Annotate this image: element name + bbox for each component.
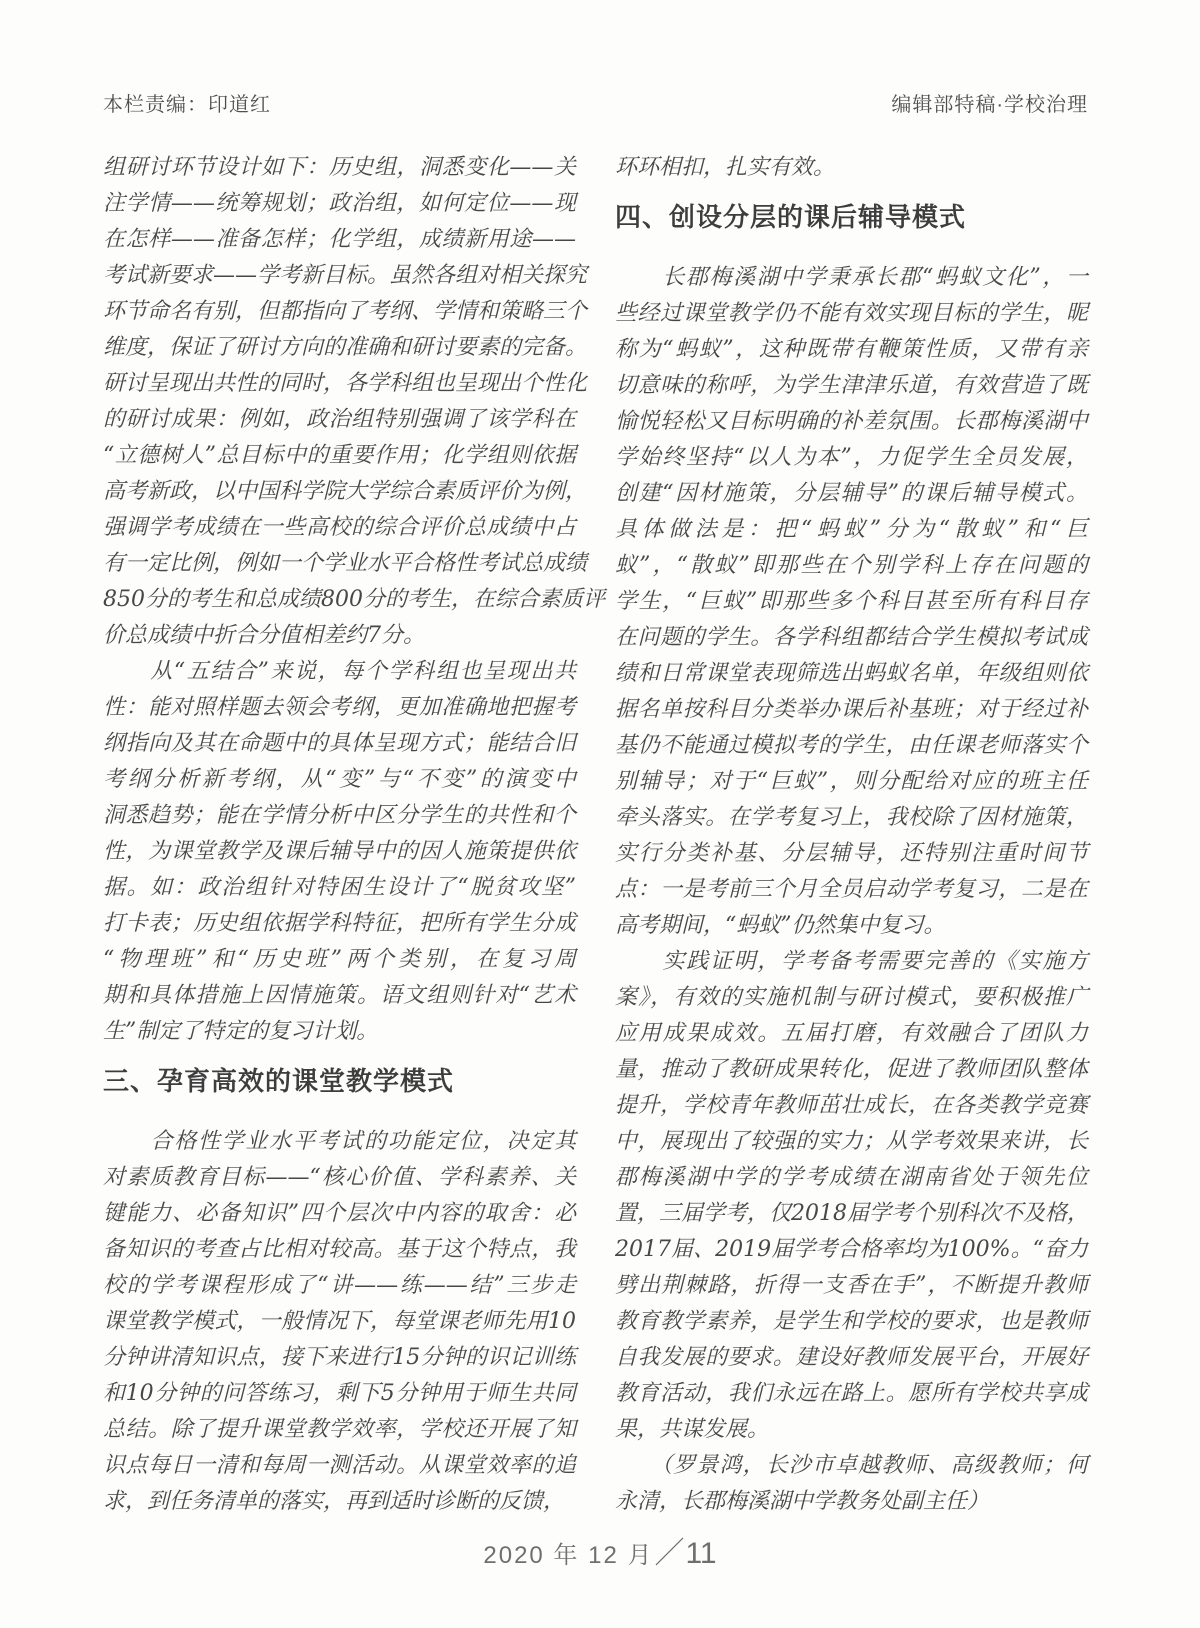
text-line: 性：能对照样题去领会考纲，更加准确地把握考 xyxy=(103,690,576,726)
text-line: 高考新政，以中国科学院大学综合素质评价为例， xyxy=(103,474,576,510)
text-line: 学生，“巨蚁”即那些多个科目甚至所有科目存 xyxy=(615,584,1088,620)
text-line: 850分的考生和总成绩800分的考生，在综合素质评 xyxy=(103,582,576,618)
text-line: 考纲分析新考纲，从“变”与“不变”的演变中 xyxy=(103,762,576,798)
text-line: 洞悉趋势；能在学情分析中区分学生的共性和个 xyxy=(103,798,576,834)
section-category-label: 编辑部特稿·学校治理 xyxy=(891,88,1088,117)
text-line: 从“五结合”来说，每个学科组也呈现出共 xyxy=(103,654,576,690)
text-line: 教育教学素养，是学生和学校的要求，也是教师 xyxy=(615,1304,1088,1340)
text-line: 应用成果成效。五届打磨，有效融合了团队力 xyxy=(615,1016,1088,1052)
text-line: 切意味的称呼，为学生津津乐道，有效营造了既 xyxy=(615,368,1088,404)
text-line: 创建“因材施策，分层辅导”的课后辅导模式。 xyxy=(615,476,1088,512)
text-line: 环环相扣，扎实有效。 xyxy=(615,150,1088,186)
text-line: 备知识的考查占比相对较高。基于这个特点，我 xyxy=(103,1232,576,1268)
column-editor-label: 本栏责编：印道红 xyxy=(103,88,271,117)
text-line: 研讨呈现出共性的同时，各学科组也呈现出个性化 xyxy=(103,366,576,402)
text-line: 称为“蚂蚁”，这种既带有鞭策性质，又带有亲 xyxy=(615,332,1088,368)
text-line: 绩和日常课堂表现筛选出蚂蚁名单，年级组则依 xyxy=(615,656,1088,692)
text-line: 基仍不能通过模拟考的学生，由任课老师落实个 xyxy=(615,728,1088,764)
paragraph: （罗景鸿，长沙市卓越教师、高级教师；何永清，长郡梅溪湖中学教务处副主任） xyxy=(615,1448,1088,1520)
text-line: 具体做法是：把“蚂蚁”分为“散蚁”和“巨 xyxy=(615,512,1088,548)
text-line: 据。如：政治组针对特困生设计了“脱贫攻坚” xyxy=(103,870,576,906)
text-line: 生”制定了特定的复习计划。 xyxy=(103,1014,576,1050)
footer-slash: ／ xyxy=(654,1537,684,1570)
text-line: 别辅导；对于“巨蚁”，则分配给对应的班主任 xyxy=(615,764,1088,800)
text-line: 求，到任务清单的落实，再到适时诊断的反馈， xyxy=(103,1484,576,1520)
text-line: 在怎样——准备怎样；化学组，成绩新用途—— xyxy=(103,222,576,258)
text-line: 价总成绩中折合分值相差约7分。 xyxy=(103,618,576,654)
text-line: （罗景鸿，长沙市卓越教师、高级教师；何 xyxy=(615,1448,1088,1484)
text-line: 高考期间，“蚂蚁”仍然集中复习。 xyxy=(615,908,1088,944)
text-line: 2017届、2019届学考合格率均为100%。“奋力 xyxy=(615,1232,1088,1268)
text-line: 提升，学校青年教师茁壮成长，在各类教学竞赛 xyxy=(615,1088,1088,1124)
text-line: 期和具体措施上因情施策。语文组则针对“艺术 xyxy=(103,978,576,1014)
text-line: 在问题的学生。各学科组都结合学生模拟考试成 xyxy=(615,620,1088,656)
text-line: “立德树人”总目标中的重要作用；化学组则依据 xyxy=(103,438,576,474)
footer-page-number: 11 xyxy=(685,1537,716,1570)
page-footer: 2020 年 12 月／11 xyxy=(0,1528,1200,1572)
page-header: 本栏责编：印道红 编辑部特稿·学校治理 xyxy=(103,88,1088,117)
text-line: 中，展现出了较强的实力；从学考效果来讲，长 xyxy=(615,1124,1088,1160)
paragraph: 从“五结合”来说，每个学科组也呈现出共性：能对照样题去领会考纲，更加准确地把握考… xyxy=(103,654,576,1050)
text-line: 有一定比例，例如一个学业水平合格性考试总成绩 xyxy=(103,546,576,582)
text-line: 考试新要求——学考新目标。虽然各组对相关探究 xyxy=(103,258,576,294)
text-line: 环节命名有别，但都指向了考纲、学情和策略三个 xyxy=(103,294,576,330)
text-line: 案》，有效的实施机制与研讨模式，要积极推广 xyxy=(615,980,1088,1016)
section-heading: 四、创设分层的课后辅导模式 xyxy=(615,202,1088,232)
text-line: 教育活动，我们永远在路上。愿所有学校共享成 xyxy=(615,1376,1088,1412)
text-line: 总结。除了提升课堂教学效率，学校还开展了知 xyxy=(103,1412,576,1448)
text-line: 郡梅溪湖中学的学考成绩在湖南省处于领先位 xyxy=(615,1160,1088,1196)
text-line: 合格性学业水平考试的功能定位，决定其 xyxy=(103,1124,576,1160)
section-heading: 三、孕育高效的课堂教学模式 xyxy=(103,1066,576,1096)
text-line: 量，推动了教研成果转化，促进了教师团队整体 xyxy=(615,1052,1088,1088)
text-line: 组研讨环节设计如下：历史组，洞悉变化——关 xyxy=(103,150,576,186)
text-line: 点：一是考前三个月全员启动学考复习，二是在 xyxy=(615,872,1088,908)
text-line: 性，为课堂教学及课后辅导中的因人施策提供依 xyxy=(103,834,576,870)
paragraph: 组研讨环节设计如下：历史组，洞悉变化——关注学情——统筹规划；政治组，如何定位—… xyxy=(103,150,576,654)
text-line: 维度，保证了研讨方向的准确和研讨要素的完备。 xyxy=(103,330,576,366)
text-line: 键能力、必备知识”四个层次中内容的取舍：必 xyxy=(103,1196,576,1232)
text-line: 强调学考成绩在一些高校的综合评价总成绩中占 xyxy=(103,510,576,546)
text-line: 牵头落实。在学考复习上，我校除了因材施策， xyxy=(615,800,1088,836)
text-line: 劈出荆棘路，折得一支香在手”，不断提升教师 xyxy=(615,1268,1088,1304)
text-line: 永清，长郡梅溪湖中学教务处副主任） xyxy=(615,1484,1088,1520)
text-line: 果，共谋发展。 xyxy=(615,1412,1088,1448)
text-line: 和10分钟的问答练习，剩下5分钟用于师生共同 xyxy=(103,1376,576,1412)
article-body: 组研讨环节设计如下：历史组，洞悉变化——关注学情——统筹规划；政治组，如何定位—… xyxy=(103,150,1088,1520)
footer-date: 2020 年 12 月 xyxy=(483,1542,653,1569)
text-line: 的研讨成果：例如，政治组特别强调了该学科在 xyxy=(103,402,576,438)
text-line: 实行分类补基、分层辅导，还特别注重时间节 xyxy=(615,836,1088,872)
text-line: “物理班”和“历史班”两个类别，在复习周 xyxy=(103,942,576,978)
text-line: 置，三届学考，仅2018届学考个别科次不及格， xyxy=(615,1196,1088,1232)
text-line: 打卡表；历史组依据学科特征，把所有学生分成 xyxy=(103,906,576,942)
text-line: 实践证明，学考备考需要完善的《实施方 xyxy=(615,944,1088,980)
left-column: 组研讨环节设计如下：历史组，洞悉变化——关注学情——统筹规划；政治组，如何定位—… xyxy=(103,150,576,1520)
text-line: 分钟讲清知识点，接下来进行15分钟的识记训练 xyxy=(103,1340,576,1376)
text-line: 蚁”，“散蚁”即那些在个别学科上存在问题的 xyxy=(615,548,1088,584)
text-line: 学始终坚持“以人为本”，力促学生全员发展， xyxy=(615,440,1088,476)
right-column: 环环相扣，扎实有效。四、创设分层的课后辅导模式 长郡梅溪湖中学秉承长郡“蚂蚁文化… xyxy=(615,150,1088,1520)
text-line: 自我发展的要求。建设好教师发展平台，开展好 xyxy=(615,1340,1088,1376)
paragraph: 环环相扣，扎实有效。 xyxy=(615,150,1088,186)
paragraph: 实践证明，学考备考需要完善的《实施方案》，有效的实施机制与研讨模式，要积极推广应… xyxy=(615,944,1088,1448)
text-line: 注学情——统筹规划；政治组，如何定位——现 xyxy=(103,186,576,222)
text-line: 据名单按科目分类举办课后补基班；对于经过补 xyxy=(615,692,1088,728)
text-line: 识点每日一清和每周一测活动。从课堂效率的追 xyxy=(103,1448,576,1484)
paragraph: 合格性学业水平考试的功能定位，决定其对素质教育目标——“核心价值、学科素养、关键… xyxy=(103,1124,576,1520)
text-line: 愉悦轻松又目标明确的补差氛围。长郡梅溪湖中 xyxy=(615,404,1088,440)
text-line: 对素质教育目标——“核心价值、学科素养、关 xyxy=(103,1160,576,1196)
text-line: 校的学考课程形成了“讲——练——结”三步走 xyxy=(103,1268,576,1304)
document-page: 本栏责编：印道红 编辑部特稿·学校治理 组研讨环节设计如下：历史组，洞悉变化——… xyxy=(0,0,1200,1628)
paragraph: 长郡梅溪湖中学秉承长郡“蚂蚁文化”，一些经过课堂教学仍不能有效实现目标的学生，昵… xyxy=(615,260,1088,944)
text-line: 些经过课堂教学仍不能有效实现目标的学生，昵 xyxy=(615,296,1088,332)
text-line: 长郡梅溪湖中学秉承长郡“蚂蚁文化”，一 xyxy=(615,260,1088,296)
text-line: 课堂教学模式，一般情况下，每堂课老师先用10 xyxy=(103,1304,576,1340)
text-line: 纲指向及其在命题中的具体呈现方式；能结合旧 xyxy=(103,726,576,762)
